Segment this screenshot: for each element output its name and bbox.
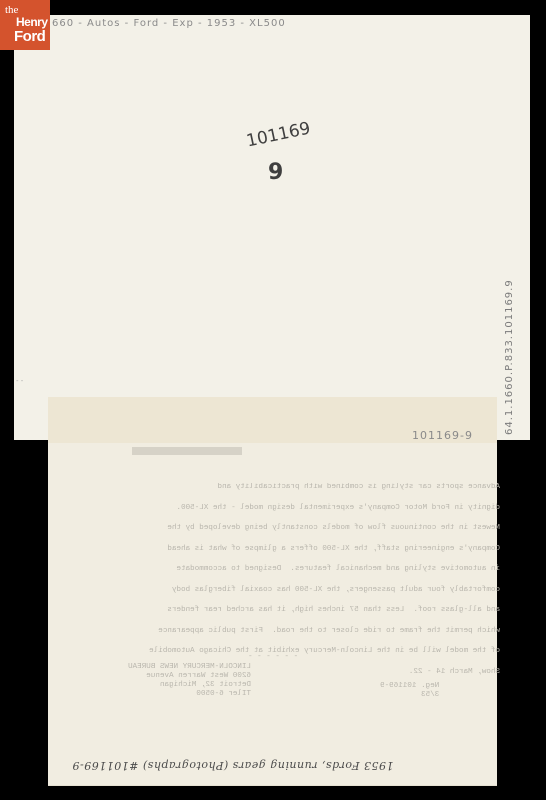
photo-number: 101169: [245, 118, 313, 151]
press-release-note: 101169-9 Advance sports car styling is c…: [48, 397, 497, 786]
henry-ford-logo: the Henry Ford: [0, 0, 50, 50]
note-number: 101169-9: [412, 429, 473, 442]
negative-reference: Neg. 101169-9 3/53: [380, 682, 439, 700]
photo-back: 660 - Autos - Ford - Exp - 1953 - XL500 …: [14, 15, 530, 440]
edge-marks: - -: [16, 377, 23, 385]
photo-sub-number: 9: [268, 160, 283, 185]
accession-number: 64.1.1660.P.833.101169.9: [504, 279, 515, 435]
logo-henry: Henry: [16, 15, 48, 29]
catalog-label: 660 - Autos - Ford - Exp - 1953 - XL500: [52, 18, 286, 29]
bottom-handwriting: 1953 Fords, running gears (Photographs) …: [72, 759, 394, 772]
logo-ford: Ford: [14, 28, 45, 45]
release-date-line: [132, 447, 242, 455]
separator-dashes: - - - - - -: [248, 647, 298, 668]
release-body-text: Advance sports car styling is combined w…: [130, 477, 500, 682]
news-bureau-address: LINCOLN-MERCURY NEWS BUREAU 6200 West Wa…: [128, 663, 251, 699]
